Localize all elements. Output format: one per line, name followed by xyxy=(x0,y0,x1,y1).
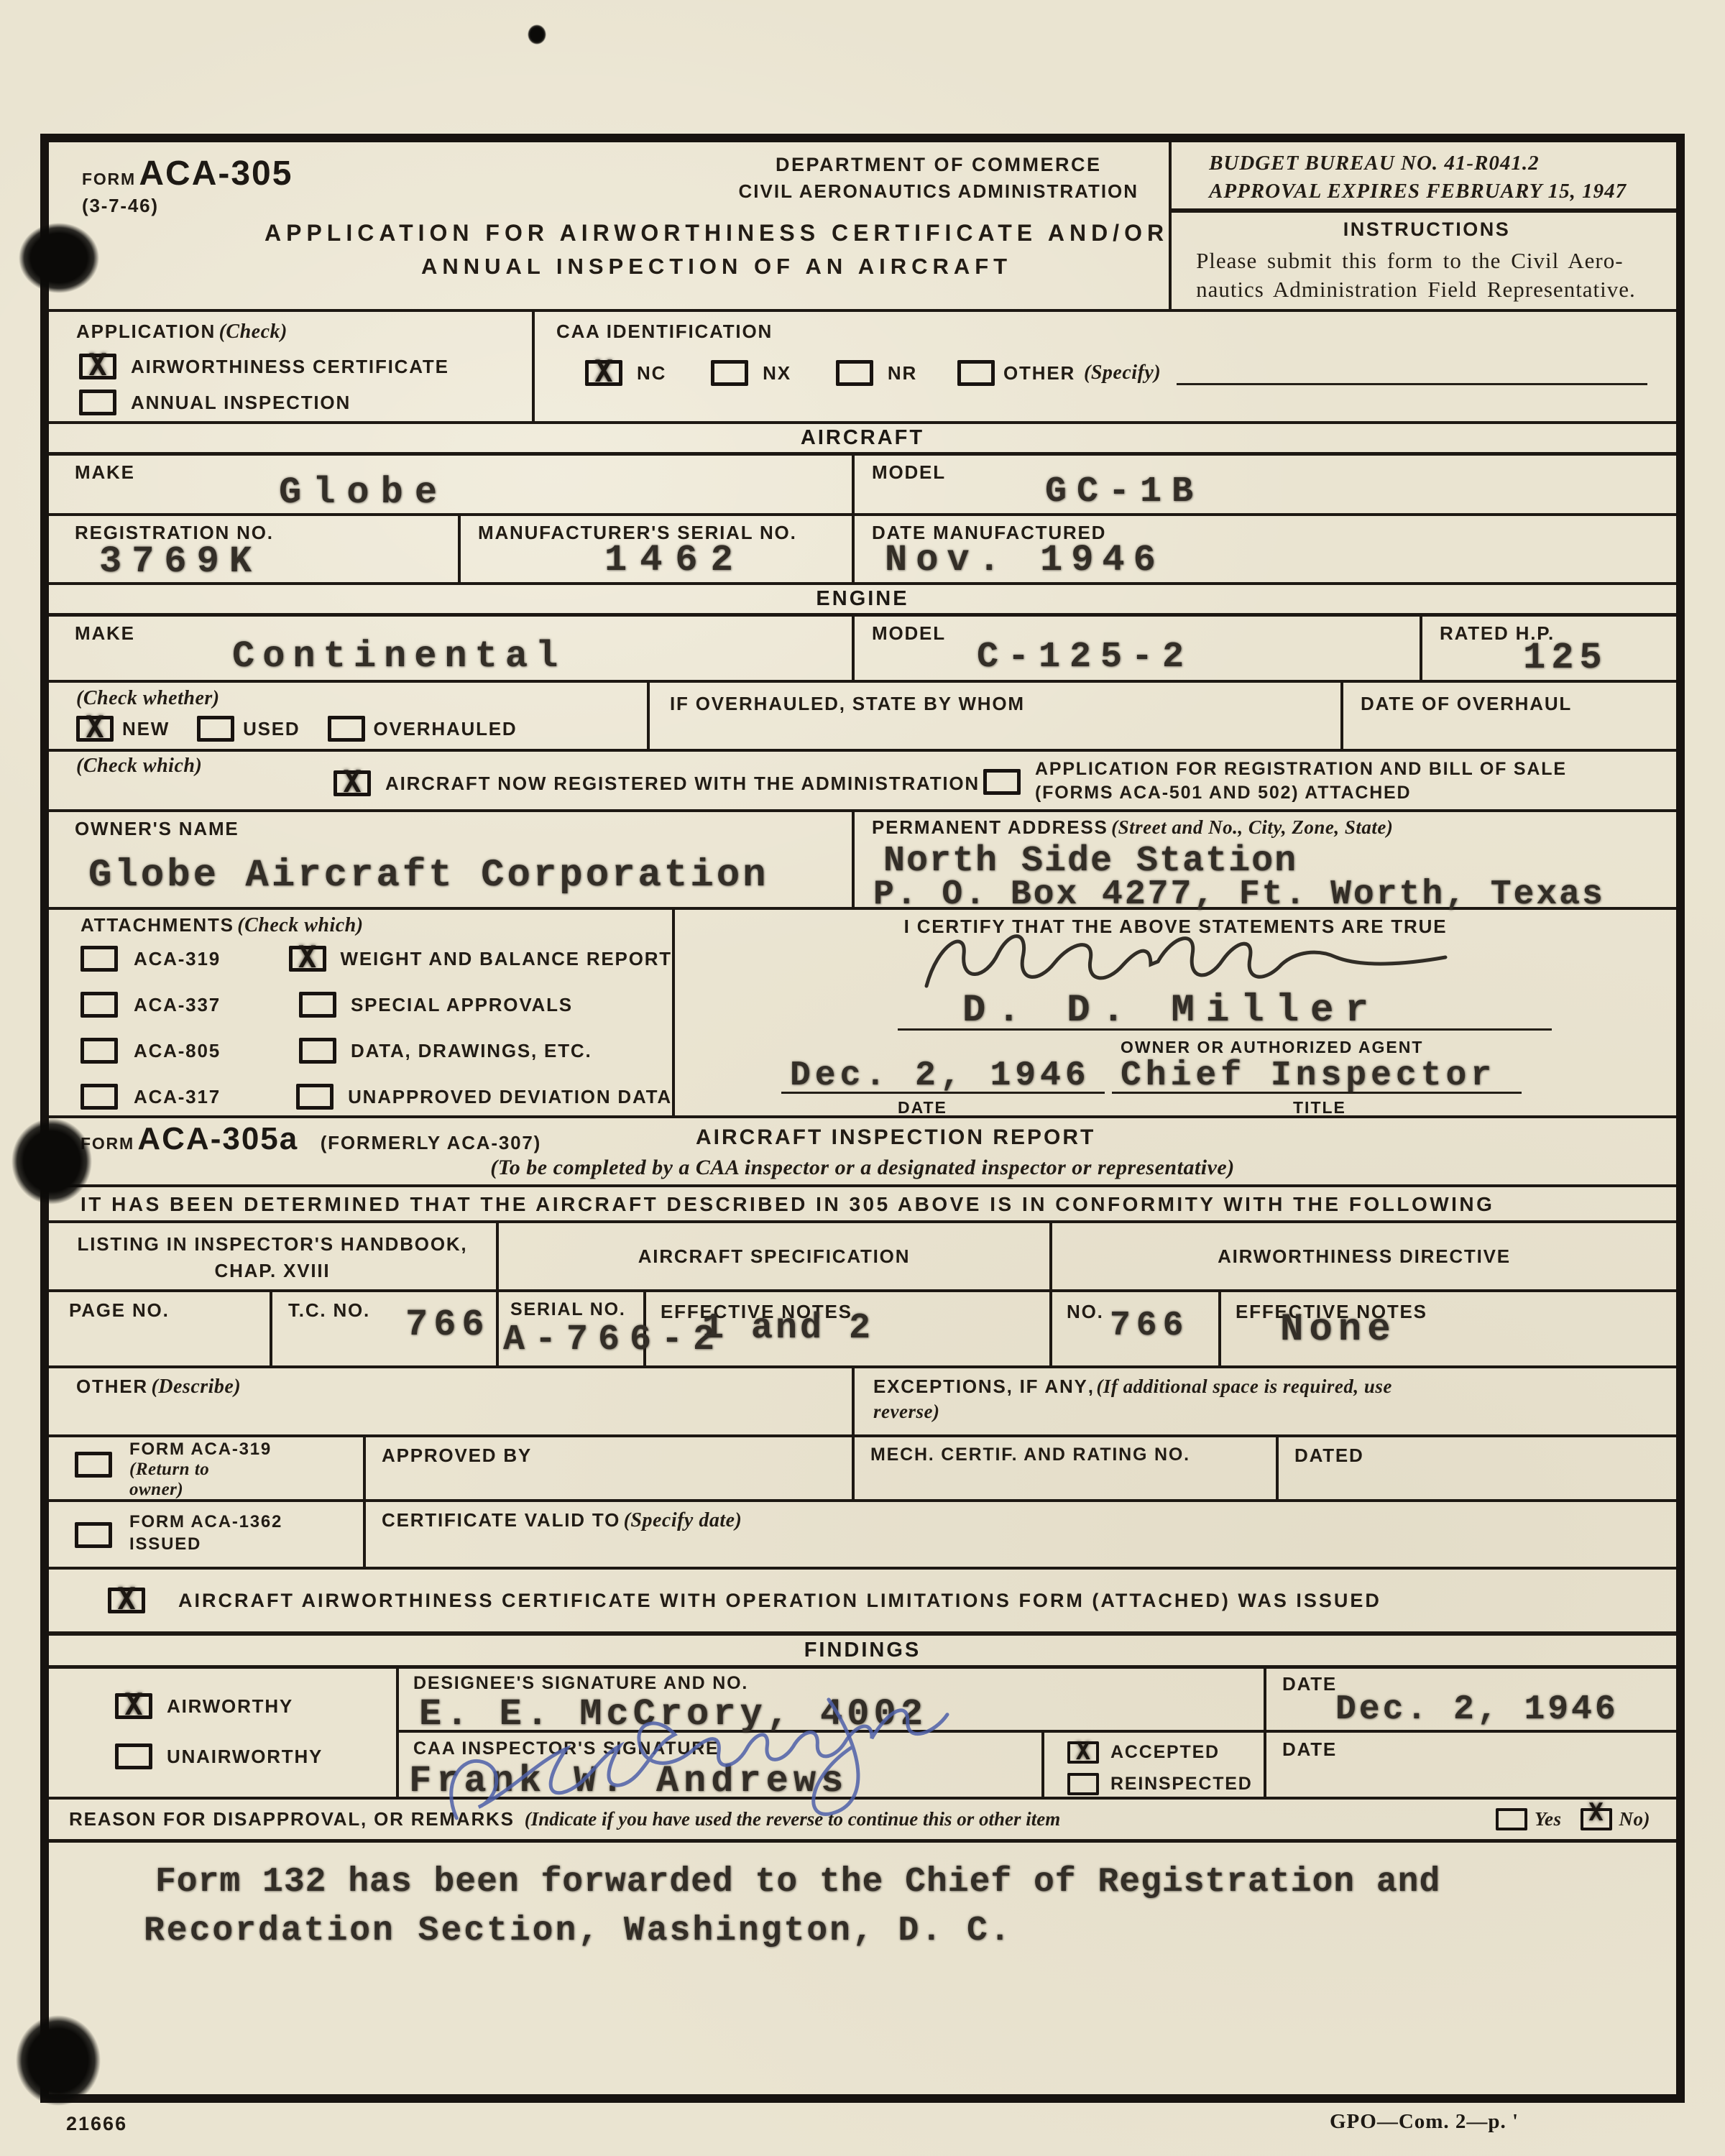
unapproved-deviation-label: UNAPPROVED DEVIATION DATA xyxy=(348,1086,672,1108)
tc-no-label: T.C. NO. xyxy=(288,1299,370,1321)
other-describe-cell: OTHER (Describe) xyxy=(49,1368,852,1434)
other-exceptions-row: OTHER (Describe) EXCEPTIONS, IF ANY, (If… xyxy=(49,1368,1676,1437)
no-checkbox: X xyxy=(1581,1808,1612,1830)
directive-no-cell: NO. 766 xyxy=(1049,1292,1218,1365)
designee-signature-label: DESIGNEE'S SIGNATURE AND NO. xyxy=(413,1673,748,1693)
aca-1362-checkbox xyxy=(75,1522,112,1548)
aircraft-make-label: MAKE xyxy=(75,461,135,483)
registration-no-value: 3769K xyxy=(99,540,262,583)
aircraft-make-model-row: MAKE Globe MODEL GC-1B xyxy=(49,456,1676,516)
directive-no-label: NO. xyxy=(1067,1301,1104,1322)
owner-address-label: PERMANENT ADDRESS (Street and No., City,… xyxy=(872,824,1393,837)
hole-punch-upper xyxy=(19,223,99,293)
title-caption: TITLE xyxy=(1293,1098,1346,1118)
application-label: APPLICATION (Check) xyxy=(76,321,532,344)
findings-body-row: X AIRWORTHY UNAIRWORTHY DESIGNEE'S SIGNA… xyxy=(49,1669,1676,1800)
budget-bureau-line1: BUDGET BUREAU NO. 41-R041.2 xyxy=(1209,152,1676,175)
budget-bureau-line2: APPROVAL EXPIRES FEBRUARY 15, 1947 xyxy=(1209,180,1676,203)
aca-319-return-checkbox xyxy=(75,1452,112,1478)
spec-serial-cell: SERIAL NO. A-766-2 xyxy=(496,1292,643,1365)
engine-model-label: MODEL xyxy=(872,622,946,644)
certificate-issued-row: X AIRCRAFT AIRWORTHINESS CERTIFICATE WIT… xyxy=(49,1570,1676,1636)
department-line2: CIVIL AERONAUTICS ADMINISTRATION xyxy=(739,180,1139,203)
footer-gpo-imprint: GPO—Com. 2—p. ' xyxy=(1330,2110,1519,2134)
registered-checkbox: X xyxy=(333,770,371,796)
aca-319-return-row: FORM ACA-319 (Return to owner) APPROVED … xyxy=(49,1437,1676,1502)
other-specify-line xyxy=(1177,361,1647,385)
annual-inspection-option: ANNUAL INSPECTION xyxy=(79,390,532,415)
listing-header-cell: LISTING IN INSPECTOR'S HANDBOOK, CHAP. X… xyxy=(49,1223,496,1289)
application-attached-option: APPLICATION FOR REGISTRATION AND BILL OF… xyxy=(983,759,1567,803)
approved-by-label: APPROVED BY xyxy=(382,1445,532,1466)
airworthy-checkbox: X xyxy=(115,1693,152,1719)
page-no-label: PAGE NO. xyxy=(69,1299,170,1321)
aca-1362-row: FORM ACA-1362 ISSUED CERTIFICATE VALID T… xyxy=(49,1502,1676,1570)
other-checkbox xyxy=(957,360,995,386)
owner-name-value: Globe Aircraft Corporation xyxy=(88,854,769,898)
engine-condition-row: (Check whether) X NEW USED OVERHAULED xyxy=(49,683,1676,752)
attachments-label: ATTACHMENTS (Check which) xyxy=(80,914,672,937)
accepted-checkbox: X xyxy=(1067,1741,1099,1764)
aircraft-model-cell: MODEL GC-1B xyxy=(852,456,1676,513)
engine-hp-cell: RATED H.P. 125 xyxy=(1420,617,1676,680)
aircraft-make-value: Globe xyxy=(279,471,448,514)
used-checkbox xyxy=(197,716,234,742)
scanned-form-page: FORM ACA-305 (3-7-46) DEPARTMENT OF COMM… xyxy=(0,0,1725,2156)
certificate-valid-cell: CERTIFICATE VALID TO (Specify date) xyxy=(363,1502,1676,1567)
aca-305a-form-number: ACA-305a xyxy=(137,1121,298,1156)
owner-name-cell: OWNER'S NAME Globe Aircraft Corporation xyxy=(49,812,852,907)
remarks-line1: Form 132 has been forwarded to the Chief… xyxy=(155,1863,1440,1902)
airworthiness-certificate-checkbox: X xyxy=(79,354,116,379)
used-option: USED xyxy=(197,716,300,742)
caa-identification-label: CAA IDENTIFICATION xyxy=(556,321,1647,343)
aca-317-label: ACA-317 xyxy=(134,1086,296,1108)
airworthy-cell: X AIRWORTHY UNAIRWORTHY xyxy=(49,1669,396,1797)
findings-date-label: DATE xyxy=(1282,1673,1337,1695)
aca-1362-cell: FORM ACA-1362 ISSUED xyxy=(49,1502,363,1567)
attachments-certification-row: ATTACHMENTS (Check which) ACA-319 X WEIG… xyxy=(49,910,1676,1118)
directive-notes-value: None xyxy=(1280,1308,1397,1352)
reason-label: REASON FOR DISAPPROVAL, OR REMARKS xyxy=(69,1808,515,1830)
certificate-valid-italic: (Specify date) xyxy=(624,1509,742,1531)
spec-header-row: LISTING IN INSPECTOR'S HANDBOOK, CHAP. X… xyxy=(49,1223,1676,1292)
unairworthy-option: UNAIRWORTHY xyxy=(115,1743,323,1769)
inspection-subtitle: (To be completed by a CAA inspector or a… xyxy=(490,1154,1234,1184)
weight-balance-checkbox: X xyxy=(289,946,326,972)
spec-serial-label: SERIAL NO. xyxy=(510,1299,626,1319)
overhaul-date-cell: DATE OF OVERHAUL xyxy=(1340,683,1676,749)
owner-agent-caption: OWNER OR AUTHORIZED AGENT xyxy=(1121,1038,1423,1057)
directive-notes-cell: EFFECTIVE NOTES None xyxy=(1218,1292,1676,1365)
aircraft-registration-row: REGISTRATION NO. 3769K MANUFACTURER'S SE… xyxy=(49,516,1676,585)
form-label: FORM xyxy=(82,170,136,188)
spec-values-row: PAGE NO. T.C. NO. 766 SERIAL NO. A-766-2… xyxy=(49,1292,1676,1368)
form-identifier: FORM ACA-305 (3-7-46) xyxy=(49,142,293,213)
engine-section-title: ENGINE xyxy=(816,587,908,611)
nr-option: NR xyxy=(836,360,917,386)
serial-no-value: 1462 xyxy=(604,539,746,581)
remarks-line2: Recordation Section, Washington, D. C. xyxy=(144,1912,1013,1950)
check-whether-label: (Check whether) xyxy=(76,687,647,710)
designee-signature-typed: E. E. McCrory, 4002 xyxy=(419,1693,927,1736)
form-title: APPLICATION FOR AIRWORTHINESS CERTIFICAT… xyxy=(49,213,1169,280)
aca-337-checkbox xyxy=(80,992,118,1018)
caa-inspector-signature-typed: Frank W. Andrews xyxy=(409,1760,848,1802)
exceptions-cell: EXCEPTIONS, IF ANY, (If additional space… xyxy=(852,1368,1676,1434)
unapproved-deviation-checkbox xyxy=(296,1084,333,1110)
engine-section-band: ENGINE xyxy=(49,585,1676,617)
nc-option: X NC xyxy=(585,360,666,386)
reason-row: REASON FOR DISAPPROVAL, OR REMARKS (Indi… xyxy=(49,1800,1676,1843)
aca-319-checkbox xyxy=(80,946,118,972)
instructions-line2: nautics Administration Field Representat… xyxy=(1196,277,1657,303)
aca-305a-header-cell: FORM ACA-305a (FORMERLY ACA-307) AIRCRAF… xyxy=(49,1118,1676,1154)
aca-319-label: ACA-319 xyxy=(134,948,289,970)
instructions-line1: Please submit this form to the Civil Aer… xyxy=(1196,248,1657,274)
determination-row: IT HAS BEEN DETERMINED THAT THE AIRCRAFT… xyxy=(49,1187,1676,1223)
aircraft-model-label: MODEL xyxy=(872,461,946,483)
registration-status-cell: (Check which) X AIRCRAFT NOW REGISTERED … xyxy=(49,752,1676,809)
header-row: FORM ACA-305 (3-7-46) DEPARTMENT OF COMM… xyxy=(49,142,1676,312)
yes-checkbox xyxy=(1496,1808,1527,1830)
engine-hp-value: 125 xyxy=(1523,637,1608,679)
airworthy-option: X AIRWORTHY xyxy=(115,1693,293,1719)
reinspected-option: REINSPECTED xyxy=(1067,1773,1253,1795)
weight-balance-label: WEIGHT AND BALANCE REPORT xyxy=(341,948,672,970)
engine-model-value: C-125-2 xyxy=(977,637,1193,678)
engine-model-cell: MODEL C-125-2 xyxy=(852,617,1420,680)
inspection-subtitle-row: (To be completed by a CAA inspector or a… xyxy=(49,1154,1676,1187)
aircraft-make-cell: MAKE Globe xyxy=(49,456,852,513)
engine-make-model-row: MAKE Continental MODEL C-125-2 RATED H.P… xyxy=(49,617,1676,683)
designee-signature-cell: DESIGNEE'S SIGNATURE AND NO. E. E. McCro… xyxy=(399,1669,1264,1730)
certificate-issued-checkbox: X xyxy=(108,1588,145,1613)
new-option: X NEW xyxy=(76,716,170,742)
hole-punch-middle xyxy=(11,1118,92,1204)
overhaul-date-label: DATE OF OVERHAUL xyxy=(1361,693,1572,714)
date-caption: DATE xyxy=(898,1098,947,1118)
instructions-title: INSTRUCTIONS xyxy=(1196,218,1657,241)
listing-header-line2: CHAP. XVIII xyxy=(49,1260,496,1282)
owner-signature-typed: D. D. Miller xyxy=(962,989,1380,1033)
engine-make-value: Continental xyxy=(232,635,566,678)
serial-no-cell: MANUFACTURER'S SERIAL NO. 1462 xyxy=(458,516,852,582)
directive-no-value: 766 xyxy=(1110,1307,1189,1345)
application-attached-checkbox xyxy=(983,769,1021,795)
inspection-report-title: AIRCRAFT INSPECTION REPORT xyxy=(696,1125,1095,1150)
listing-header-line1: LISTING IN INSPECTOR'S HANDBOOK, xyxy=(49,1233,496,1256)
overhauled-checkbox xyxy=(328,716,365,742)
engine-condition-cell: (Check whether) X NEW USED OVERHAULED xyxy=(49,683,647,749)
aca-805-checkbox xyxy=(80,1038,118,1064)
date-manufactured-value: Nov. 1946 xyxy=(885,539,1164,581)
dated-cell: DATED xyxy=(1276,1437,1676,1499)
no-label: No) xyxy=(1619,1808,1651,1830)
airworthiness-directive-header-cell: AIRWORTHINESS DIRECTIVE xyxy=(1049,1223,1676,1289)
annual-inspection-checkbox xyxy=(79,390,116,415)
department-heading: DEPARTMENT OF COMMERCE CIVIL AERONAUTICS… xyxy=(739,142,1139,213)
caa-identification-cell: CAA IDENTIFICATION X NC NX NR xyxy=(532,312,1676,421)
aircraft-specification-header-cell: AIRCRAFT SPECIFICATION xyxy=(496,1223,1049,1289)
new-checkbox: X xyxy=(76,716,114,742)
form-number: ACA-305 xyxy=(139,155,293,193)
unairworthy-checkbox xyxy=(115,1743,152,1769)
accepted-reinspected-cell: X ACCEPTED REINSPECTED xyxy=(1041,1733,1264,1797)
engine-make-label: MAKE xyxy=(75,622,135,644)
date-manufactured-cell: DATE MANUFACTURED Nov. 1946 xyxy=(852,516,1676,582)
data-drawings-label: DATA, DRAWINGS, ETC. xyxy=(351,1040,592,1062)
certification-title-value: Chief Inspector xyxy=(1121,1056,1496,1095)
aircraft-specification-header: AIRCRAFT SPECIFICATION xyxy=(638,1245,911,1268)
mech-certif-label: MECH. CERTIF. AND RATING NO. xyxy=(870,1445,1190,1465)
aircraft-model-value: GC-1B xyxy=(1045,471,1203,512)
registration-no-cell: REGISTRATION NO. 3769K xyxy=(49,516,458,582)
remarks-area-row: Form 132 has been forwarded to the Chief… xyxy=(49,1843,1676,2094)
overhauled-by-label: IF OVERHAULED, STATE BY WHOM xyxy=(670,693,1025,714)
findings-section-title: FINDINGS xyxy=(804,1639,921,1662)
hole-punch-lower xyxy=(16,2015,101,2106)
page-no-cell: PAGE NO. xyxy=(49,1292,270,1365)
registration-status-row: (Check which) X AIRCRAFT NOW REGISTERED … xyxy=(49,752,1676,812)
aca-305a-formerly: (FORMERLY ACA-307) xyxy=(321,1132,541,1153)
other-option: OTHER (Specify) xyxy=(957,360,1161,386)
budget-bureau-box: BUDGET BUREAU NO. 41-R041.2 APPROVAL EXP… xyxy=(1172,142,1676,213)
nr-checkbox xyxy=(836,360,873,386)
form-aca-305: FORM ACA-305 (3-7-46) DEPARTMENT OF COMM… xyxy=(40,134,1685,2103)
special-approvals-label: SPECIAL APPROVALS xyxy=(351,994,573,1016)
application-row: APPLICATION (Check) X AIRWORTHINESS CERT… xyxy=(49,312,1676,424)
nc-checkbox: X xyxy=(585,360,622,386)
application-cell: APPLICATION (Check) X AIRWORTHINESS CERT… xyxy=(49,312,532,421)
certification-cell: I CERTIFY THAT THE ABOVE STATEMENTS ARE … xyxy=(672,910,1676,1115)
form-title-line2: ANNUAL INSPECTION OF AN AIRCRAFT xyxy=(264,254,1169,280)
reinspection-date-label: DATE xyxy=(1282,1738,1337,1760)
caa-inspector-signature-label: CAA INSPECTOR'S SIGNATURE xyxy=(413,1738,719,1759)
overhauled-option: OVERHAULED xyxy=(328,716,517,742)
header-right-block: BUDGET BUREAU NO. 41-R041.2 APPROVAL EXP… xyxy=(1169,142,1676,309)
aca-337-label: ACA-337 xyxy=(134,994,299,1016)
nx-option: NX xyxy=(711,360,791,386)
instructions-box: INSTRUCTIONS Please submit this form to … xyxy=(1172,213,1676,303)
footer-stock-number: 21666 xyxy=(66,2113,127,2135)
aca-319-return-cell: FORM ACA-319 (Return to owner) xyxy=(49,1437,363,1499)
dated-label: DATED xyxy=(1294,1445,1364,1466)
airworthiness-directive-header: AIRWORTHINESS DIRECTIVE xyxy=(1218,1245,1511,1268)
reason-italic: (Indicate if you have used the reverse t… xyxy=(525,1808,1060,1830)
data-drawings-checkbox xyxy=(299,1038,336,1064)
overhauled-by-cell: IF OVERHAULED, STATE BY WHOM xyxy=(647,683,1340,749)
reinspection-date-cell: DATE xyxy=(1264,1733,1676,1797)
caa-inspector-signature-cell: CAA INSPECTOR'S SIGNATURE Frank W. Andre… xyxy=(399,1733,1041,1797)
aircraft-section-band: AIRCRAFT xyxy=(49,424,1676,456)
attachments-cell: ATTACHMENTS (Check which) ACA-319 X WEIG… xyxy=(49,910,672,1115)
aca-305a-header-row: FORM ACA-305a (FORMERLY ACA-307) AIRCRAF… xyxy=(49,1118,1676,1154)
spec-notes-value: 1 and 2 xyxy=(702,1308,873,1349)
aca-805-label: ACA-805 xyxy=(134,1040,299,1062)
tc-no-cell: T.C. NO. 766 xyxy=(270,1292,496,1365)
owner-address-cell: PERMANENT ADDRESS (Street and No., City,… xyxy=(852,812,1676,907)
findings-date-value: Dec. 2, 1946 xyxy=(1335,1690,1619,1729)
yes-label: Yes xyxy=(1535,1808,1562,1830)
airworthiness-certificate-option: X AIRWORTHINESS CERTIFICATE xyxy=(79,354,532,379)
findings-section-band: FINDINGS xyxy=(49,1636,1676,1669)
aca-317-checkbox xyxy=(80,1084,118,1110)
mech-certif-cell: MECH. CERTIF. AND RATING NO. xyxy=(852,1437,1276,1499)
remarks-area-cell: Form 132 has been forwarded to the Chief… xyxy=(49,1843,1676,2094)
engine-make-cell: MAKE Continental xyxy=(49,617,852,680)
registered-option: X AIRCRAFT NOW REGISTERED WITH THE ADMIN… xyxy=(333,770,980,796)
form-title-line1: APPLICATION FOR AIRWORTHINESS CERTIFICAT… xyxy=(264,220,1169,247)
reinspected-checkbox xyxy=(1067,1773,1099,1795)
spec-serial-value: A-766-2 xyxy=(503,1319,724,1360)
special-approvals-checkbox xyxy=(299,992,336,1018)
certificate-issued-label: AIRCRAFT AIRWORTHINESS CERTIFICATE WITH … xyxy=(178,1590,1381,1612)
certification-date-value: Dec. 2, 1946 xyxy=(790,1056,1090,1095)
aircraft-section-title: AIRCRAFT xyxy=(801,426,924,450)
ink-dot-top xyxy=(528,24,546,45)
accepted-option: X ACCEPTED xyxy=(1067,1741,1220,1764)
findings-date-cell: DATE Dec. 2, 1946 xyxy=(1264,1669,1676,1730)
exceptions-line2: reverse) xyxy=(873,1401,1676,1423)
owner-name-label: OWNER'S NAME xyxy=(75,818,239,839)
owner-address-line2: P. O. Box 4277, Ft. Worth, Texas xyxy=(873,875,1605,914)
certify-statement: I CERTIFY THAT THE ABOVE STATEMENTS ARE … xyxy=(675,916,1676,938)
other-describe-italic: (Describe) xyxy=(151,1376,241,1398)
department-line1: DEPARTMENT OF COMMERCE xyxy=(739,154,1139,176)
determination-statement: IT HAS BEEN DETERMINED THAT THE AIRCRAFT… xyxy=(80,1193,1494,1215)
approved-by-cell: APPROVED BY xyxy=(363,1437,852,1499)
header-left-block: FORM ACA-305 (3-7-46) DEPARTMENT OF COMM… xyxy=(49,142,1169,309)
owner-row: OWNER'S NAME Globe Aircraft Corporation … xyxy=(49,812,1676,910)
tc-no-value: 766 xyxy=(405,1304,490,1346)
nx-checkbox xyxy=(711,360,748,386)
